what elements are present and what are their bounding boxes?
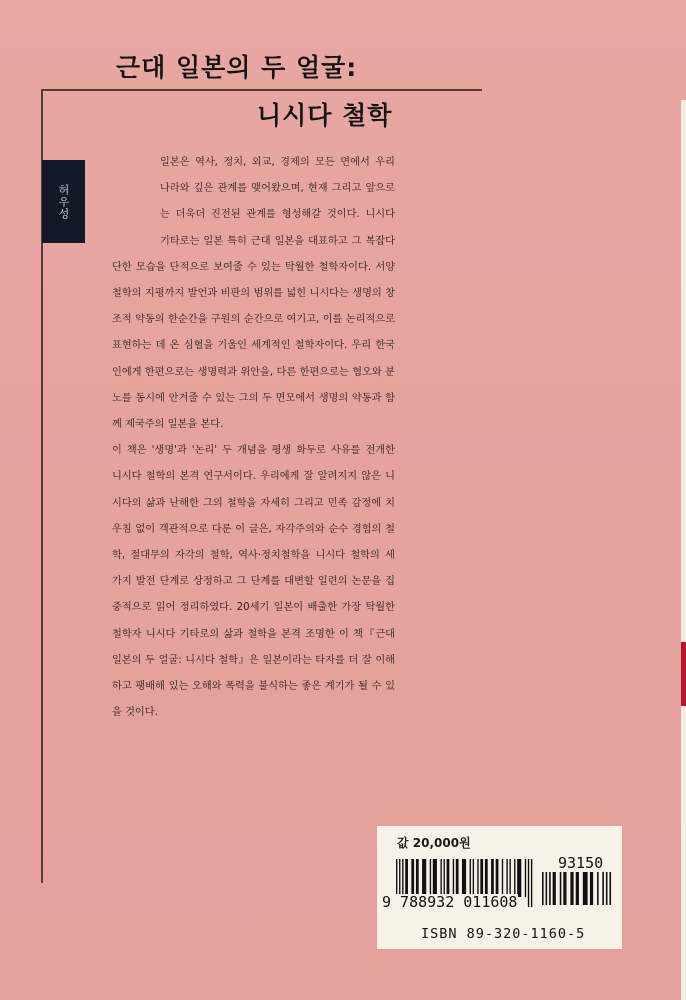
author-name: 허우성: [56, 184, 71, 220]
blurb-line: 중적으로 읽어 정리하였다. 20세기 일본이 배출한 가장 탁월한: [112, 595, 395, 621]
blurb-line: 이 책은 '생명'과 '논리' 두 개념을 평생 화두로 사유를 전개한: [112, 438, 395, 464]
blurb-line: 니시다 철학의 본격 연구서이다. 우리에게 잘 알려지지 않은 니: [112, 464, 395, 490]
blurb-line: 시다의 삶과 난해한 그의 철학을 자세히 그리고 민족 감정에 치: [112, 491, 395, 517]
spine-edge: [681, 100, 686, 1000]
blurb-line: 표현하는 데 온 심혈을 기울인 세계적인 철학자이다. 우리 한국: [112, 333, 395, 359]
blurb-line: 가지 발전 단계로 상정하고 그 단계를 대변할 일련의 논문을 집: [112, 569, 395, 595]
blurb-line: 을 것이다.: [112, 700, 395, 726]
blurb-line: 일본의 두 얼굴: 니시다 철학』은 일본이라는 타자를 더 잘 이해: [112, 648, 395, 674]
spine-color-mark: [681, 642, 686, 706]
back-cover: 근대 일본의 두 얼굴: 니시다 철학 허우성 일본은 역사, 정치, 외교, …: [0, 0, 686, 1000]
blurb-line: 학, 절대무의 자각의 철학, 역사·정치철학을 니시다 철학의 세: [112, 543, 395, 569]
addon-number: 93150: [558, 854, 603, 872]
blurb-line: 기타로는 일본 특히 근대 일본을 대표하고 그 복잡다: [112, 229, 395, 255]
blurb-line: 나라와 깊은 관계를 맺어왔으며, 현재 그리고 앞으로: [112, 176, 395, 202]
blurb-line: 우침 없이 객관적으로 다룬 이 글은, 자각주의와 순수 경험의 철: [112, 517, 395, 543]
author-label-box: 허우성: [42, 160, 85, 243]
book-title: 근대 일본의 두 얼굴:: [116, 48, 357, 84]
addon-barcode: [541, 872, 614, 905]
blurb-line: 하고 팽배해 있는 오해와 폭력을 불식하는 좋은 계기가 될 수 있: [112, 674, 395, 700]
blurb-line: 노를 동시에 안겨줄 수 있는 그의 두 면모에서 생명의 약동과 함: [112, 386, 395, 412]
ean-number: 9 788932 011608: [381, 894, 518, 910]
blurb-line: 인에게 한편으로는 생명력과 위안을, 다른 한편으로는 혐오와 분: [112, 360, 395, 386]
book-subtitle: 니시다 철학: [257, 96, 392, 132]
blurb-line: 철학자 니시다 기타로의 삶과 철학을 본격 조명한 이 책『근대: [112, 622, 395, 648]
frame-rule-horizontal: [41, 89, 482, 91]
blurb-line: 철학의 지평까지 발언과 비판의 범위를 넓힌 니시다는 생명의 창: [112, 281, 395, 307]
blurb-text: 일본은 역사, 정치, 외교, 경제의 모든 면에서 우리 나라와 깊은 관계를…: [112, 150, 395, 726]
blurb-line: 께 제국주의 일본을 본다.: [112, 412, 395, 438]
blurb-line: 일본은 역사, 정치, 외교, 경제의 모든 면에서 우리: [112, 150, 395, 176]
isbn-text: ISBN 89-320-1160-5: [421, 926, 585, 942]
blurb-line: 조적 약동의 한순간을 구원의 순간으로 여기고, 이를 논리적으로: [112, 307, 395, 333]
price-text: 값 20,000원: [397, 834, 471, 851]
blurb-line: 는 더욱더 진전된 관계를 형성해갈 것이다. 니시다: [112, 202, 395, 228]
blurb-line: 단한 모습을 단적으로 보여줄 수 있는 탁월한 철학자이다. 서양: [112, 255, 395, 281]
barcode-label: 값 20,000원 93150 9 788932 011608 ISBN 89-…: [377, 826, 622, 949]
